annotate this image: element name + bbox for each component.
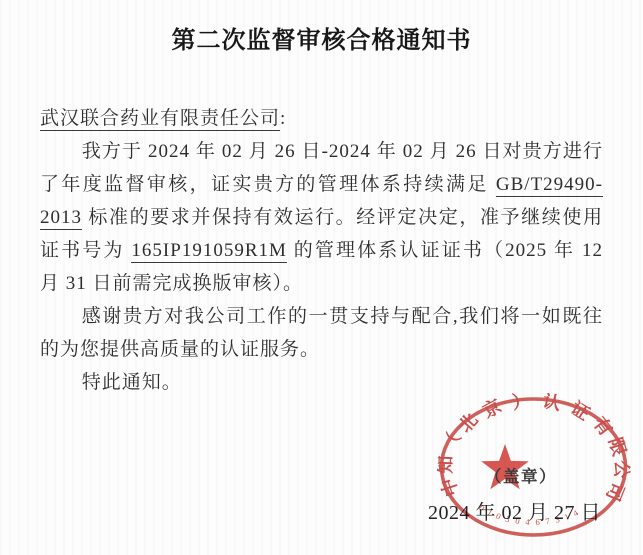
certificate-number: 165IP191059R1M: [131, 240, 286, 263]
addressee-colon: :: [280, 108, 286, 129]
scanned-notice-document: 第二次监督审核合格通知书 武汉联合药业有限责任公司: 我方于 2024 年 02…: [0, 0, 643, 555]
seal-serial-number-char: 0: [514, 515, 520, 526]
seal-company-name-char: 中: [437, 476, 462, 500]
paragraph-thanks: 感谢贵方对我公司工作的一贯支持与配合,我们将一如既往的为您提供高质量的认证服务。: [40, 300, 603, 366]
paragraph-audit-result: 我方于 2024 年 02 月 26 日-2024 年 02 月 26 日对贵方…: [40, 135, 603, 300]
addressee-company-name: 武汉联合药业有限责任公司: [40, 108, 280, 131]
seal-company-name-char: 知: [437, 455, 456, 474]
seal-serial-number-char: 0: [494, 511, 502, 522]
notice-title: 第二次监督审核合格通知书: [0, 0, 643, 58]
seal-serial-number-char: 1: [563, 511, 571, 522]
seal-company-name-char: ）: [511, 393, 532, 413]
seal-serial-number-char: 4: [571, 507, 581, 518]
seal-company-name-char: 证: [567, 398, 593, 424]
seal-serial-number-char: 4: [525, 517, 531, 527]
seal-company-name-char: 公: [611, 460, 632, 479]
seal-company-name-char: 认: [541, 393, 563, 414]
seal-serial-number-char: 1: [485, 507, 494, 518]
seal-stamp-note: （盖章）: [485, 466, 557, 486]
seal-serial-number-char: 6: [535, 517, 540, 527]
seal-serial-number-char: 0: [477, 503, 487, 513]
notice-body: 武汉联合药业有限责任公司: 我方于 2024 年 02 月 26 日-2024 …: [40, 102, 603, 399]
seal-serial-number-char: 3: [554, 514, 561, 525]
addressee-line: 武汉联合药业有限责任公司:: [40, 102, 603, 135]
seal-serial-number-char: 3: [504, 513, 511, 524]
company-seal: （盖章） 中知（北京）认证有限公司01030467314: [437, 393, 637, 555]
seal-serial-number-char: 7: [545, 516, 551, 527]
seal-company-name-char: 京: [479, 395, 505, 422]
